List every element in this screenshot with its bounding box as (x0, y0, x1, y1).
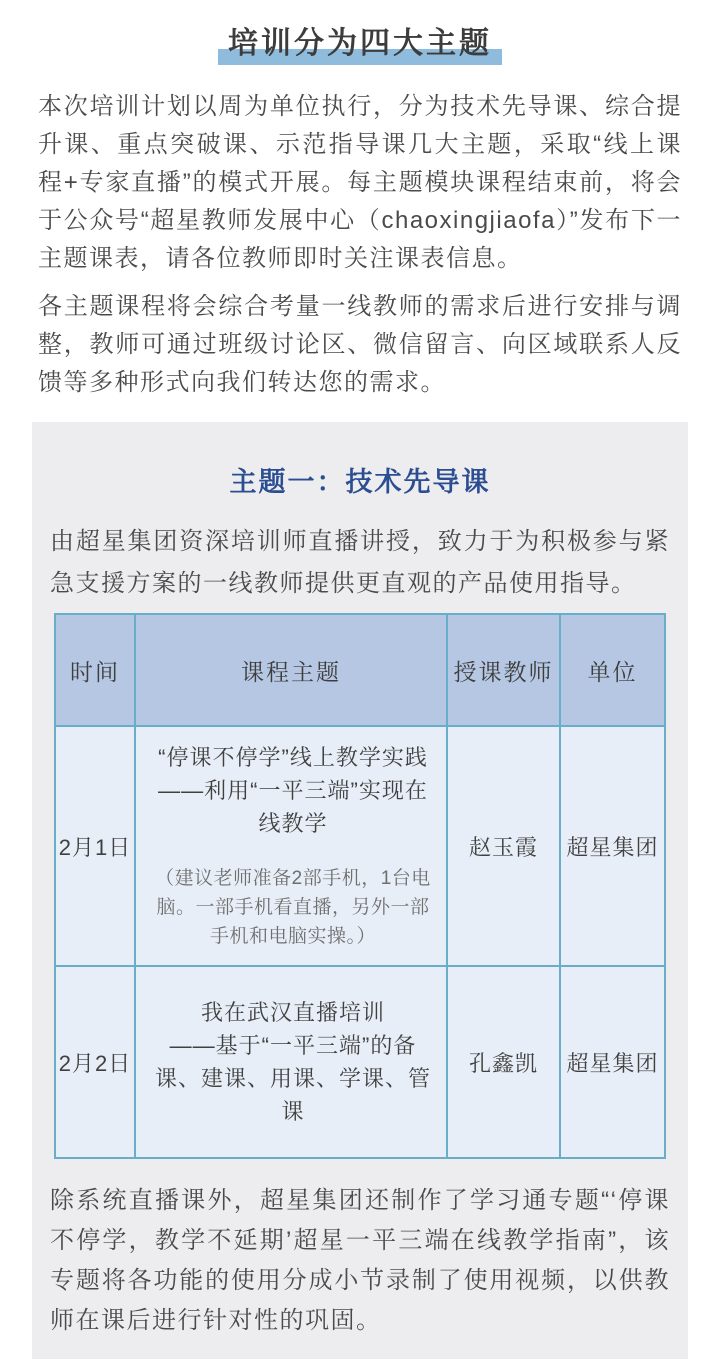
table-row: 2月2日 我在武汉直播培训 ——基于“一平三端”的备课、建课、用课、学课、管课 … (55, 966, 665, 1158)
intro-paragraph-2: 各主题课程将会综合考量一线教师的需求后进行安排与调整，教师可通过班级讨论区、微信… (38, 288, 682, 402)
course-schedule-table: 时间 课程主题 授课教师 单位 2月1日 “停课不停学”线上教学实践 ——利用“… (54, 613, 666, 1159)
column-header-teacher: 授课教师 (447, 614, 560, 726)
cell-topic: 我在武汉直播培训 ——基于“一平三端”的备课、建课、用课、学课、管课 (135, 966, 447, 1158)
cell-time: 2月2日 (55, 966, 135, 1158)
section-footer-paragraph: 除系统直播课外，超星集团还制作了学习通专题“‘停课不停学，教学不延期’超星一平三… (50, 1181, 670, 1345)
column-header-time: 时间 (55, 614, 135, 726)
cell-topic: “停课不停学”线上教学实践 ——利用“一平三端”实现在线教学 （建议老师准备2部… (135, 726, 447, 966)
page-title: 培训分为四大主题 (0, 0, 720, 62)
theme-panel: 主题一：技术先导课 由超星集团资深培训师直播讲授，致力于为积极参与紧急支援方案的… (32, 422, 688, 1359)
section-title: 主题一：技术先导课 (48, 460, 672, 499)
table-row: 2月1日 “停课不停学”线上教学实践 ——利用“一平三端”实现在线教学 （建议老… (55, 726, 665, 966)
column-header-org: 单位 (560, 614, 665, 726)
topic-main-text: 我在武汉直播培训 ——基于“一平三端”的备课、建课、用课、学课、管课 (150, 996, 436, 1128)
intro-paragraph-1: 本次培训计划以周为单位执行，分为技术先导课、综合提升课、重点突破课、示范指导课几… (38, 88, 682, 278)
page-title-highlight: 培训分为四大主题 (226, 18, 494, 62)
topic-main-text: “停课不停学”线上教学实践 ——利用“一平三端”实现在线教学 (150, 741, 436, 840)
intro-paragraphs: 本次培训计划以周为单位执行，分为技术先导课、综合提升课、重点突破课、示范指导课几… (38, 88, 682, 402)
cell-org: 超星集团 (560, 966, 665, 1158)
topic-note-text: （建议老师准备2部手机，1台电脑。一部手机看直播，另外一部手机和电脑实操。） (150, 864, 436, 951)
column-header-topic: 课程主题 (135, 614, 447, 726)
cell-org: 超星集团 (560, 726, 665, 966)
table-header-row: 时间 课程主题 授课教师 单位 (55, 614, 665, 726)
section-description: 由超星集团资深培训师直播讲授，致力于为积极参与紧急支援方案的一线教师提供更直观的… (48, 521, 672, 605)
cell-teacher: 孔鑫凯 (447, 966, 560, 1158)
cell-teacher: 赵玉霞 (447, 726, 560, 966)
cell-time: 2月1日 (55, 726, 135, 966)
